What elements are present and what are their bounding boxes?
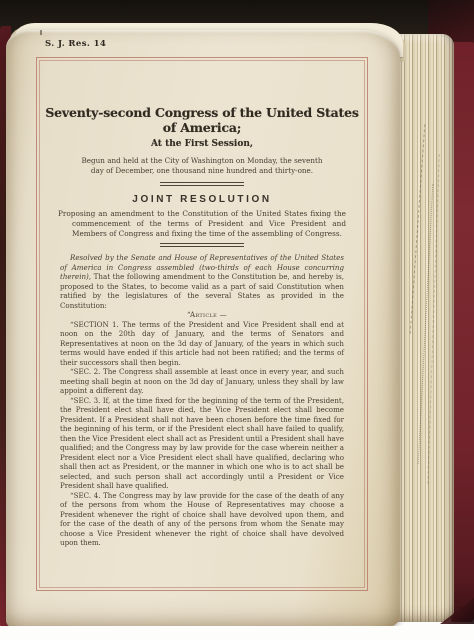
fore-edge-stamp-mark (410, 124, 426, 334)
congress-title: Seventy-second Congress of the United St… (37, 58, 367, 135)
page-content: Seventy-second Congress of the United St… (37, 58, 367, 590)
section-3-paragraph: “SEC. 3. If, at the time fixed for the b… (60, 396, 344, 491)
joint-resolution-heading: JOINT RESOLUTION (37, 194, 367, 205)
book-fore-edge-pages (391, 34, 454, 622)
doc-number: S. J. Res. 14 (45, 39, 106, 49)
fore-edge-stamp-mark (418, 184, 434, 464)
session-subtitle: At the First Session, (37, 139, 367, 149)
paper-speck (40, 30, 42, 35)
resolved-clause: Resolved by the Senate and House of Repr… (60, 253, 344, 310)
begun-line-1: Begun and held at the City of Washington… (37, 156, 367, 166)
photo-background-bottom (0, 626, 474, 640)
begun-line-2: day of December, one thousand nine hundr… (37, 166, 367, 176)
photograph-of-bound-document: S. J. Res. 14 Seventy-second Congress of… (0, 0, 474, 640)
ornamental-rule (160, 182, 244, 186)
resolved-clause-roman: That the following amendment to the Cons… (60, 272, 344, 310)
fore-edge-stamp-mark (427, 154, 440, 484)
document-page: S. J. Res. 14 Seventy-second Congress of… (6, 30, 400, 628)
ornamental-rule (160, 243, 244, 247)
section-4-paragraph: “SEC. 4. The Congress may by law provide… (60, 491, 344, 548)
section-1-paragraph: “SECTION 1. The terms of the President a… (60, 320, 344, 368)
resolution-body: Resolved by the Senate and House of Repr… (60, 253, 344, 548)
begun-and-held-lines: Begun and held at the City of Washington… (37, 156, 367, 175)
article-heading: “Article — (60, 310, 344, 320)
resolution-preamble: Proposing an amendment to the Constituti… (58, 209, 346, 238)
page-border-frame: Seventy-second Congress of the United St… (36, 57, 368, 591)
section-2-paragraph: “SEC. 2. The Congress shall assemble at … (60, 367, 344, 396)
book-cover-right-edge (451, 42, 474, 622)
